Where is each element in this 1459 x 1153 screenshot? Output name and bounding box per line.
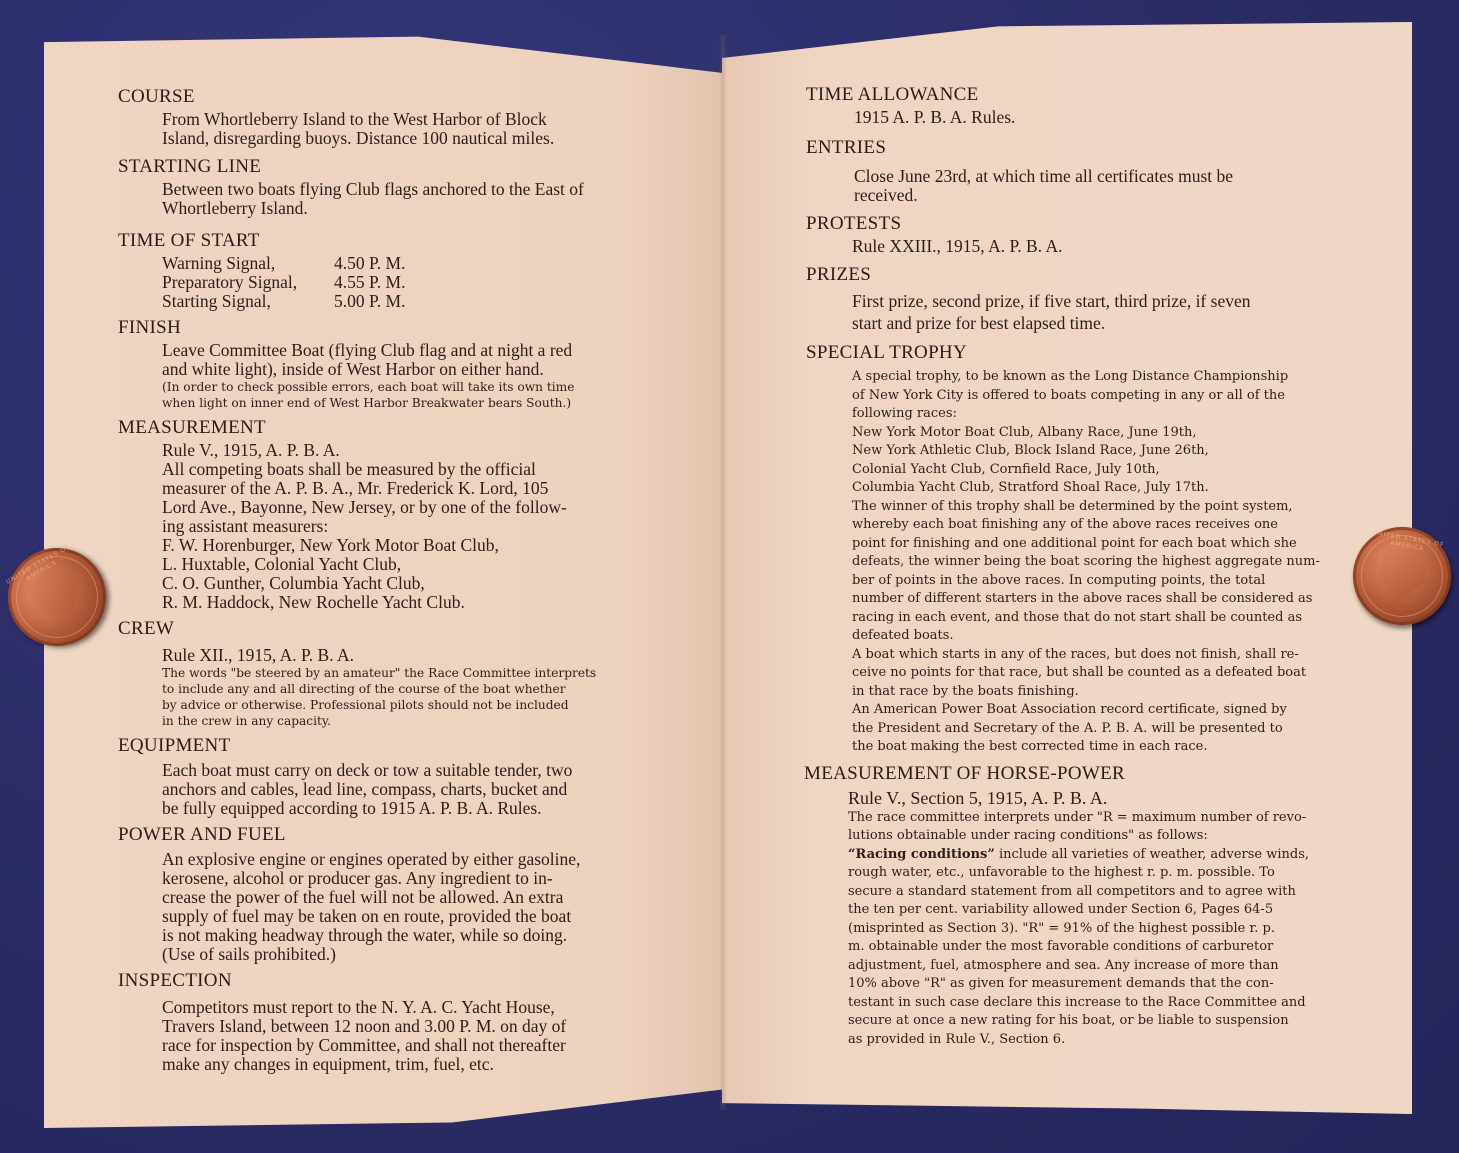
booklet-spine: [719, 35, 727, 1110]
text-line: Lord Ave., Bayonne, New Jersey, or by on…: [162, 498, 668, 517]
text-line: Close June 23rd, at which time all certi…: [854, 167, 1346, 186]
note-line: (In order to check possible errors, each…: [162, 379, 668, 395]
section-heading: POWER AND FUEL: [118, 824, 668, 846]
section-special-trophy: SPECIAL TROPHY A special trophy, to be k…: [806, 342, 1346, 757]
race-item: Columbia Yacht Club, Stratford Shoal Rac…: [852, 479, 1346, 498]
text-line: First prize, second prize, if five start…: [852, 290, 1346, 312]
text-line: measurer of the A. P. B. A., Mr. Frederi…: [162, 479, 668, 498]
note-line: The words "be steered by an amateur" the…: [162, 665, 668, 681]
section-heading: INSPECTION: [118, 970, 668, 992]
signal-time: 4.50 P. M.: [334, 254, 405, 273]
section-prizes: PRIZES First prize, second prize, if fiv…: [806, 264, 1346, 334]
note-line: by advice or otherwise. Professional pil…: [162, 697, 668, 713]
left-page-content: COURSE From Whortleberry Island to the W…: [118, 86, 668, 1074]
text-line: m. obtainable under the most favorable c…: [848, 938, 1346, 957]
signal-row: Warning Signal, 4.50 P. M.: [162, 254, 668, 273]
text-line: racing in each event, and those that do …: [852, 609, 1346, 628]
section-crew: CREW Rule XII., 1915, A. P. B. A. The wo…: [118, 618, 668, 729]
section-heading: TIME ALLOWANCE: [806, 84, 1346, 106]
text-line: is not making headway through the water,…: [162, 926, 668, 945]
signal-time: 5.00 P. M.: [334, 292, 405, 311]
text-line: The race committee interprets under "R =…: [848, 809, 1346, 828]
rule-reference: Rule V., Section 5, 1915, A. P. B. A.: [848, 787, 1346, 809]
section-heading: ENTRIES: [806, 137, 1346, 159]
text-line: A boat which starts in any of the races,…: [852, 646, 1346, 665]
section-heading: FINISH: [118, 317, 668, 339]
signal-label: Warning Signal,: [162, 254, 334, 273]
section-finish: FINISH Leave Committee Boat (flying Club…: [118, 317, 668, 411]
text-line: be fully equipped according to 1915 A. P…: [162, 799, 668, 818]
measurer-item: C. O. Gunther, Columbia Yacht Club,: [162, 574, 668, 593]
signal-time: 4.55 P. M.: [334, 273, 405, 292]
text-line: All competing boats shall be measured by…: [162, 460, 668, 479]
note-line: in the crew in any capacity.: [162, 713, 668, 729]
note-line: to include any and all directing of the …: [162, 681, 668, 697]
section-heading: MEASUREMENT: [118, 417, 668, 439]
text-line: number of different starters in the abov…: [852, 590, 1346, 609]
text-line: ber of points in the above races. In com…: [852, 572, 1346, 591]
section-heading: EQUIPMENT: [118, 735, 668, 757]
section-starting-line: STARTING LINE Between two boats flying C…: [118, 156, 668, 218]
section-inspection: INSPECTION Competitors must report to th…: [118, 970, 668, 1074]
text-line: the President and Secretary of the A. P.…: [852, 720, 1346, 739]
text-line: kerosene, alcohol or producer gas. Any i…: [162, 869, 668, 888]
section-equipment: EQUIPMENT Each boat must carry on deck o…: [118, 735, 668, 818]
text-line: ing assistant measurers:: [162, 517, 668, 536]
rule-reference: Rule XII., 1915, A. P. B. A.: [162, 646, 668, 665]
rule-reference: Rule V., 1915, A. P. B. A.: [162, 441, 668, 460]
text-line: adjustment, fuel, atmosphere and sea. An…: [848, 957, 1346, 976]
race-item: Colonial Yacht Club, Cornfield Race, Jul…: [852, 461, 1346, 480]
text-line: A special trophy, to be known as the Lon…: [852, 368, 1346, 387]
text-line: rough water, etc., unfavorable to the hi…: [848, 864, 1346, 883]
signal-label: Preparatory Signal,: [162, 273, 334, 292]
section-heading: PROTESTS: [806, 213, 1346, 235]
signal-label: Starting Signal,: [162, 292, 334, 311]
signal-row: Starting Signal, 5.00 P. M.: [162, 292, 668, 311]
signal-row: Preparatory Signal, 4.55 P. M.: [162, 273, 668, 292]
section-heading: STARTING LINE: [118, 156, 668, 178]
section-course: COURSE From Whortleberry Island to the W…: [118, 86, 668, 148]
text-line: race for inspection by Committee, and sh…: [162, 1036, 668, 1055]
text-line: make any changes in equipment, trim, fue…: [162, 1055, 668, 1074]
text-line: testant in such case declare this increa…: [848, 994, 1346, 1013]
text-line: “Racing conditions” include all varietie…: [848, 846, 1346, 865]
text-line: whereby each boat finishing any of the a…: [852, 516, 1346, 535]
measurer-item: F. W. Horenburger, New York Motor Boat C…: [162, 536, 668, 555]
text-line: From Whortleberry Island to the West Har…: [162, 110, 668, 129]
text-line: in that race by the boats finishing.: [852, 683, 1346, 702]
section-heading: COURSE: [118, 86, 668, 108]
section-time-allowance: TIME ALLOWANCE 1915 A. P. B. A. Rules.: [806, 84, 1346, 127]
race-item: New York Athletic Club, Block Island Rac…: [852, 442, 1346, 461]
text-line: received.: [854, 186, 1346, 205]
text-line: secure a standard statement from all com…: [848, 883, 1346, 902]
measurer-item: L. Huxtable, Colonial Yacht Club,: [162, 555, 668, 574]
text-line: start and prize for best elapsed time.: [852, 312, 1346, 334]
text-fragment: include all varieties of weather, advers…: [995, 847, 1309, 862]
text-line: Rule XXIII., 1915, A. P. B. A.: [852, 237, 1346, 256]
race-item: New York Motor Boat Club, Albany Race, J…: [852, 424, 1346, 443]
text-line: of New York City is offered to boats com…: [852, 387, 1346, 406]
text-line: the ten per cent. variability allowed un…: [848, 901, 1346, 920]
text-line: as provided in Rule V., Section 6.: [848, 1031, 1346, 1050]
section-protests: PROTESTS Rule XXIII., 1915, A. P. B. A.: [806, 213, 1346, 256]
text-line: An explosive engine or engines operated …: [162, 850, 668, 869]
right-page-content: TIME ALLOWANCE 1915 A. P. B. A. Rules. E…: [806, 84, 1346, 1049]
text-line: point for finishing and one additional p…: [852, 535, 1346, 554]
section-measurement: MEASUREMENT Rule V., 1915, A. P. B. A. A…: [118, 417, 668, 612]
text-line: Leave Committee Boat (flying Club flag a…: [162, 341, 668, 360]
text-line: Competitors must report to the N. Y. A. …: [162, 998, 668, 1017]
text-line: 1915 A. P. B. A. Rules.: [854, 108, 1346, 127]
text-line: following races:: [852, 405, 1346, 424]
section-power-and-fuel: POWER AND FUEL An explosive engine or en…: [118, 824, 668, 964]
text-line: Whortleberry Island.: [162, 199, 668, 218]
section-time-of-start: TIME OF START Warning Signal, 4.50 P. M.…: [118, 230, 668, 311]
section-heading: SPECIAL TROPHY: [806, 342, 1346, 364]
text-line: secure at once a new rating for his boat…: [848, 1012, 1346, 1031]
text-line: Travers Island, between 12 noon and 3.00…: [162, 1017, 668, 1036]
text-line: Between two boats flying Club flags anch…: [162, 180, 668, 199]
defined-term: “Racing conditions”: [848, 847, 995, 862]
text-line: supply of fuel may be taken on en route,…: [162, 907, 668, 926]
section-heading: CREW: [118, 618, 668, 640]
text-line: The winner of this trophy shall be deter…: [852, 498, 1346, 517]
text-line: ceive no points for that race, but shall…: [852, 664, 1346, 683]
text-line: Each boat must carry on deck or tow a su…: [162, 761, 668, 780]
note-line: when light on inner end of West Harbor B…: [162, 395, 668, 411]
measurer-item: R. M. Haddock, New Rochelle Yacht Club.: [162, 593, 668, 612]
section-heading: TIME OF START: [118, 230, 668, 252]
text-line: (misprinted as Section 3). "R" = 91% of …: [848, 920, 1346, 939]
text-line: crease the power of the fuel will not be…: [162, 888, 668, 907]
text-line: the boat making the best corrected time …: [852, 738, 1346, 757]
text-line: lutions obtainable under racing conditio…: [848, 827, 1346, 846]
text-line: defeated boats.: [852, 627, 1346, 646]
text-line: anchors and cables, lead line, compass, …: [162, 780, 668, 799]
section-measurement-of-horse-power: MEASUREMENT OF HORSE-POWER Rule V., Sect…: [804, 763, 1346, 1050]
text-line: 10% above "R" as given for measurement d…: [848, 975, 1346, 994]
section-heading: MEASUREMENT OF HORSE-POWER: [804, 763, 1346, 785]
text-line: defeats, the winner being the boat scori…: [852, 553, 1346, 572]
section-entries: ENTRIES Close June 23rd, at which time a…: [806, 137, 1346, 205]
text-line: Island, disregarding buoys. Distance 100…: [162, 129, 668, 148]
text-line: and white light), inside of West Harbor …: [162, 360, 668, 379]
text-line: (Use of sails prohibited.): [162, 945, 668, 964]
section-heading: PRIZES: [806, 264, 1346, 286]
text-line: An American Power Boat Association recor…: [852, 701, 1346, 720]
